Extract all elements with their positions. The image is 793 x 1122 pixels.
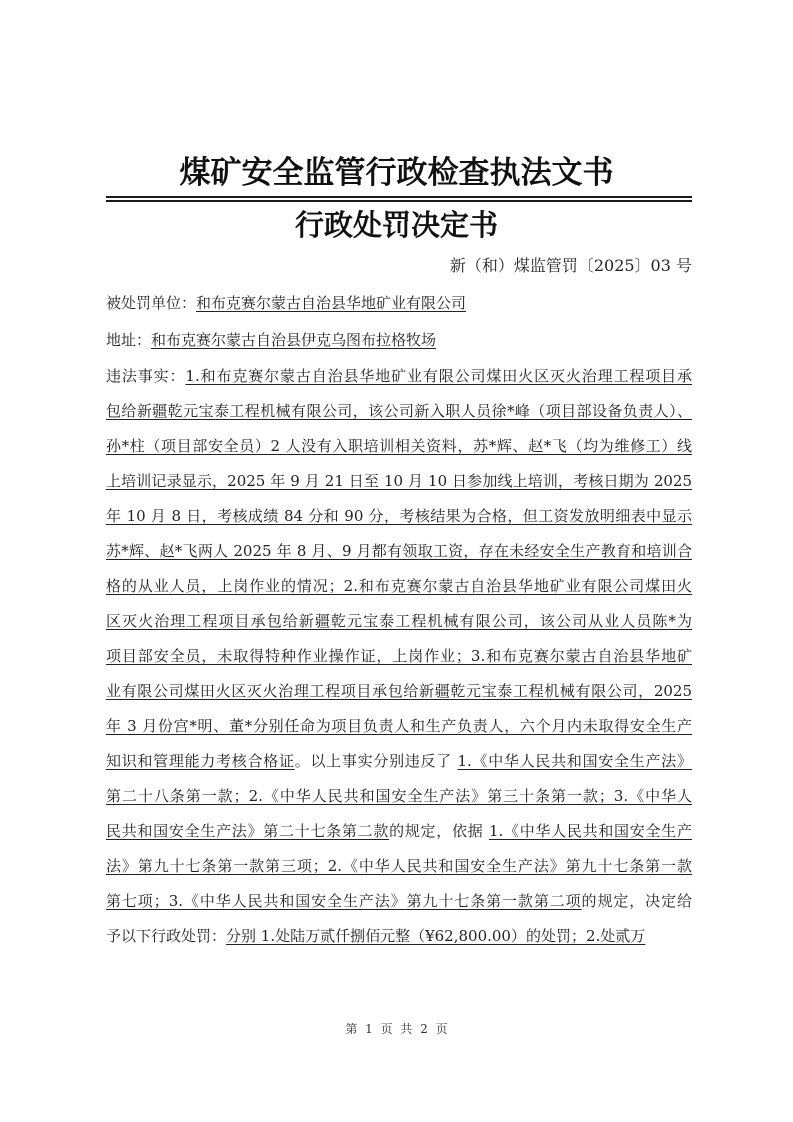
underlined-text-segment: 区灭火治理工程项目承包给新疆乾元宝泰工程机械有限公司，该公司从业人员陈*为 — [106, 612, 692, 630]
body-text-line: 业有限公司煤田火区灭火治理工程项目承包给新疆乾元宝泰工程机械有限公司，2025 — [106, 680, 692, 715]
underlined-text-segment: 孙*柱（项目部安全员）2 人没有入职培训相关资料，苏*辉、赵*飞（均为维修工）线 — [106, 437, 692, 455]
body-text-line: 予以下行政处罚：分别 1.处陆万贰仟捌佰元整（¥62,800.00）的处罚；2.… — [106, 925, 692, 960]
underlined-text-segment: 法》第九十七条第一款第三项；2.《中华人民共和国安全生产法》第九十七条第一款 — [106, 857, 692, 875]
body-text-line: 法》第九十七条第一款第三项；2.《中华人民共和国安全生产法》第九十七条第一款 — [106, 855, 692, 890]
body-text-line: 区灭火治理工程项目承包给新疆乾元宝泰工程机械有限公司，该公司从业人员陈*为 — [106, 610, 692, 645]
underlined-text-segment: 苏*辉、赵*飞两人 2025 年 8 月、9 月都有领取工资，存在未经安全生产教… — [106, 542, 692, 560]
underlined-text-segment: 知识和管理能力考核合格证 — [106, 752, 295, 770]
underlined-text-segment: 1.《中华人民共和国安全生产法》 — [457, 752, 691, 770]
document-number: 新（和）煤监管罚〔2025〕03 号 — [450, 254, 692, 278]
text-segment: 的规定，依据 — [389, 822, 489, 840]
body-text-line: 第二十八条第一款；2.《中华人民共和国安全生产法》第三十条第一款；3.《中华人 — [106, 785, 692, 820]
address-label: 地址： — [106, 331, 151, 349]
underlined-text-segment: 分别 1.处陆万贰仟捌佰元整（¥62,800.00）的处罚；2.处贰万 — [226, 927, 645, 945]
underlined-text-segment: 第七项；3.《中华人民共和国安全生产法》第九十七条第一款第二项 — [106, 892, 582, 910]
document-header-title: 煤矿安全监管行政检查执法文书 — [0, 153, 793, 193]
body-text-line: 苏*辉、赵*飞两人 2025 年 8 月、9 月都有领取工资，存在未经安全生产教… — [106, 540, 692, 575]
underlined-text-segment: 年 3 月份宫*明、董*分别任命为项目负责人和生产负责人，六个月内未取得安全生产 — [106, 717, 692, 735]
underlined-text-segment: 包给新疆乾元宝泰工程机械有限公司，该公司新入职人员徐*峰（项目部设备负责人）、 — [106, 402, 692, 420]
underlined-text-segment: 上培训记录显示，2025 年 9 月 21 日至 10 月 10 日参加线上培训… — [106, 472, 692, 490]
rule-line-top — [106, 196, 692, 198]
body-text-line: 格的从业人员，上岗作业的情况；2.和布克赛尔蒙古自治县华地矿业有限公司煤田火 — [106, 575, 692, 610]
address-value: 和布克赛尔蒙古自治县伊克乌图布拉格牧场 — [151, 331, 436, 349]
body-text-line: 年 10 月 8 日，考核成绩 84 分和 90 分，考核结果为合格，但工资发放… — [106, 505, 692, 540]
penalized-unit-value: 和布克赛尔蒙古自治县华地矿业有限公司 — [196, 294, 466, 312]
document-page: 煤矿安全监管行政检查执法文书 行政处罚决定书 新（和）煤监管罚〔2025〕03 … — [0, 0, 793, 1122]
underlined-text-segment: 民共和国安全生产法》第二十七条第二款 — [106, 822, 389, 840]
page-footer: 第 1 页 共 2 页 — [0, 1020, 793, 1038]
body-text-line: 知识和管理能力考核合格证。以上事实分别违反了 1.《中华人民共和国安全生产法》 — [106, 750, 692, 785]
underlined-text-segment: 1.和布克赛尔蒙古自治县华地矿业有限公司煤田火区灭火治理工程项目承 — [185, 367, 692, 385]
violation-facts-body: 违法事实：1.和布克赛尔蒙古自治县华地矿业有限公司煤田火区灭火治理工程项目承包给… — [106, 365, 692, 960]
text-segment: 违法事实： — [106, 367, 185, 385]
rule-line-bottom — [106, 200, 692, 202]
header-double-rule — [106, 196, 692, 202]
body-text-line: 违法事实：1.和布克赛尔蒙古自治县华地矿业有限公司煤田火区灭火治理工程项目承 — [106, 365, 692, 400]
underlined-text-segment: 格的从业人员，上岗作业的情况；2.和布克赛尔蒙古自治县华地矿业有限公司煤田火 — [106, 577, 692, 595]
body-text-line: 第七项；3.《中华人民共和国安全生产法》第九十七条第一款第二项的规定，决定给 — [106, 890, 692, 925]
body-text-line: 年 3 月份宫*明、董*分别任命为项目负责人和生产负责人，六个月内未取得安全生产 — [106, 715, 692, 750]
underlined-text-segment: 业有限公司煤田火区灭火治理工程项目承包给新疆乾元宝泰工程机械有限公司，2025 — [106, 682, 692, 700]
underlined-text-segment: 项目部安全员，未取得特种作业操作证，上岗作业；3.和布克赛尔蒙古自治县华地矿 — [106, 647, 692, 665]
body-text-line: 项目部安全员，未取得特种作业操作证，上岗作业；3.和布克赛尔蒙古自治县华地矿 — [106, 645, 692, 680]
body-text-line: 上培训记录显示，2025 年 9 月 21 日至 10 月 10 日参加线上培训… — [106, 470, 692, 505]
penalized-unit-label: 被处罚单位： — [106, 294, 196, 312]
body-text-line: 孙*柱（项目部安全员）2 人没有入职培训相关资料，苏*辉、赵*飞（均为维修工）线 — [106, 435, 692, 470]
underlined-text-segment: 1.《中华人民共和国安全生产 — [489, 822, 692, 840]
document-type-title: 行政处罚决定书 — [0, 205, 793, 245]
text-segment: 的规定，决定给 — [582, 892, 692, 910]
penalized-unit-field: 被处罚单位：和布克赛尔蒙古自治县华地矿业有限公司 — [106, 292, 466, 314]
address-field: 地址：和布克赛尔蒙古自治县伊克乌图布拉格牧场 — [106, 329, 436, 351]
text-segment: 。以上事实分别违反了 — [295, 752, 458, 770]
underlined-text-segment: 第二十八条第一款；2.《中华人民共和国安全生产法》第三十条第一款；3.《中华人 — [106, 787, 692, 805]
text-segment: 予以下行政处罚： — [106, 927, 226, 945]
body-text-line: 包给新疆乾元宝泰工程机械有限公司，该公司新入职人员徐*峰（项目部设备负责人）、 — [106, 400, 692, 435]
body-text-line: 民共和国安全生产法》第二十七条第二款的规定，依据 1.《中华人民共和国安全生产 — [106, 820, 692, 855]
underlined-text-segment: 年 10 月 8 日，考核成绩 84 分和 90 分，考核结果为合格，但工资发放… — [106, 507, 692, 525]
